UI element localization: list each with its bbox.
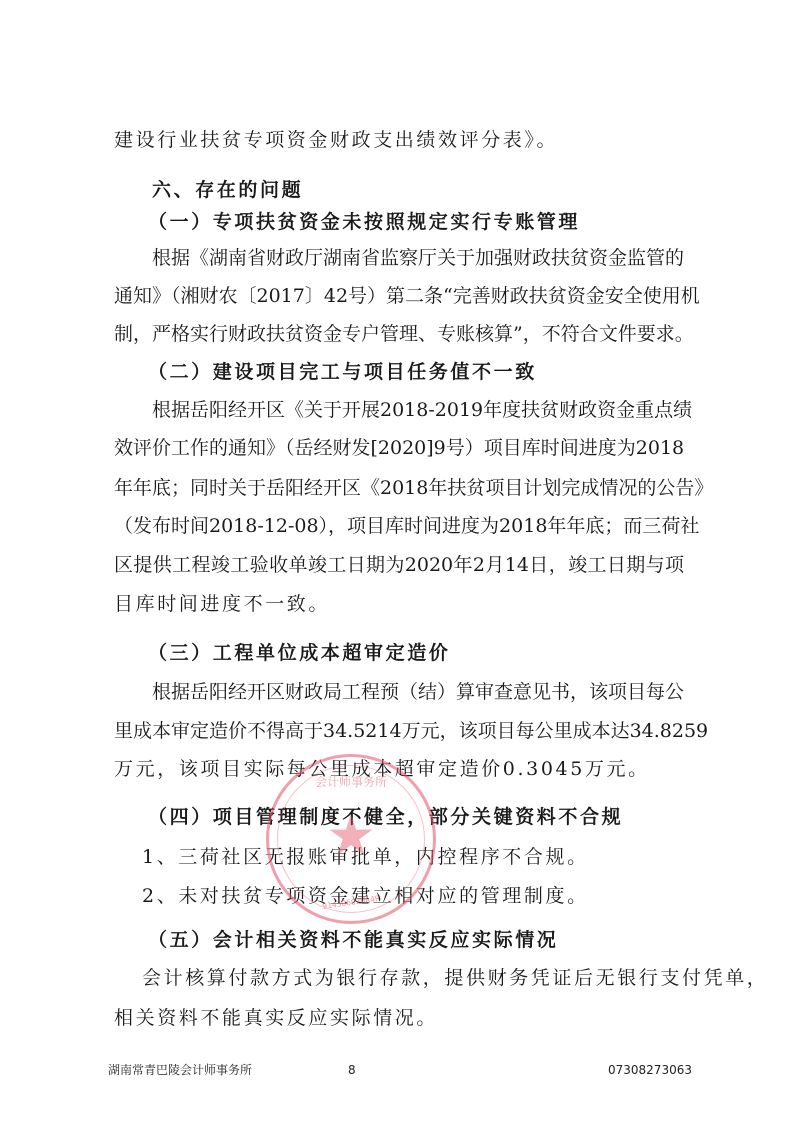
footer-firm-name: 湖南常青巴陵会计师事务所: [108, 1062, 252, 1078]
issue-1-line-2: 通知》（湘财农〔2017〕42号）第二条“完善财政扶贫资金安全使用机: [114, 284, 684, 308]
issue-2-line-1: 根据岳阳经开区《关于开展2018-2019年度扶贫财政资金重点绩: [152, 398, 684, 422]
issue-4-line-2: 2、未对扶贫专项资金建立相对应的管理制度。: [142, 884, 674, 908]
issue-4-title: （四）项目管理制度不健全，部分关键资料不合规: [148, 805, 718, 829]
issue-3-line-1: 根据岳阳经开区财政局工程预（结）算审查意见书，该项目每公: [152, 680, 684, 704]
issue-5-line-1: 会计核算付款方式为银行存款，提供财务凭证后无银行支付凭单，: [142, 966, 674, 990]
footer-phone: 07308273063: [608, 1062, 692, 1078]
issue-3-line-2: 里成本审定造价不得高于34.5214万元，该项目每公里成本达34.8259: [114, 719, 684, 743]
issue-5-line-2: 相关资料不能真实反应实际情况。: [114, 1006, 684, 1030]
issue-1-line-3: 制，严格实行财政扶贫资金专户管理、专账核算”，不符合文件要求。: [114, 322, 684, 346]
continuation-text: 建设行业扶贫专项资金财政支出绩效评分表》。: [114, 128, 684, 152]
issue-3-line-3: 万元，该项目实际每公里成本超审定造价0.3045万元。: [114, 757, 684, 781]
footer-page-number: 8: [348, 1062, 356, 1078]
issue-2-line-6: 目库时间进度不一致。: [114, 592, 684, 616]
issue-1-title: （一）专项扶贫资金未按照规定实行专账管理: [148, 210, 718, 234]
issue-4-line-1: 1、三荷社区无报账审批单，内控程序不合规。: [142, 845, 674, 869]
issue-2-title: （二）建设项目完工与项目任务值不一致: [148, 360, 718, 384]
issue-2-line-5: 区提供工程竣工验收单竣工日期为2020年2月14日，竣工日期与项: [114, 553, 684, 577]
issue-2-line-4: （发布时间2018-12-08），项目库时间进度为2018年年底；而三荷社: [114, 514, 684, 538]
issue-5-title: （五）会计相关资料不能真实反应实际情况: [148, 928, 718, 952]
issue-2-line-3: 年年底；同时关于岳阳经开区《2018年扶贫项目计划完成情况的公告》: [114, 476, 684, 500]
section-title: 六、存在的问题: [152, 178, 684, 202]
issue-3-title: （三）工程单位成本超审定造价: [148, 641, 718, 665]
issue-1-line-1: 根据《湖南省财政厅湖南省监察厅关于加强财政扶贫资金监管的: [152, 246, 684, 270]
issue-2-line-2: 效评价工作的通知》（岳经财发[2020]9号）项目库时间进度为2018: [114, 436, 684, 460]
